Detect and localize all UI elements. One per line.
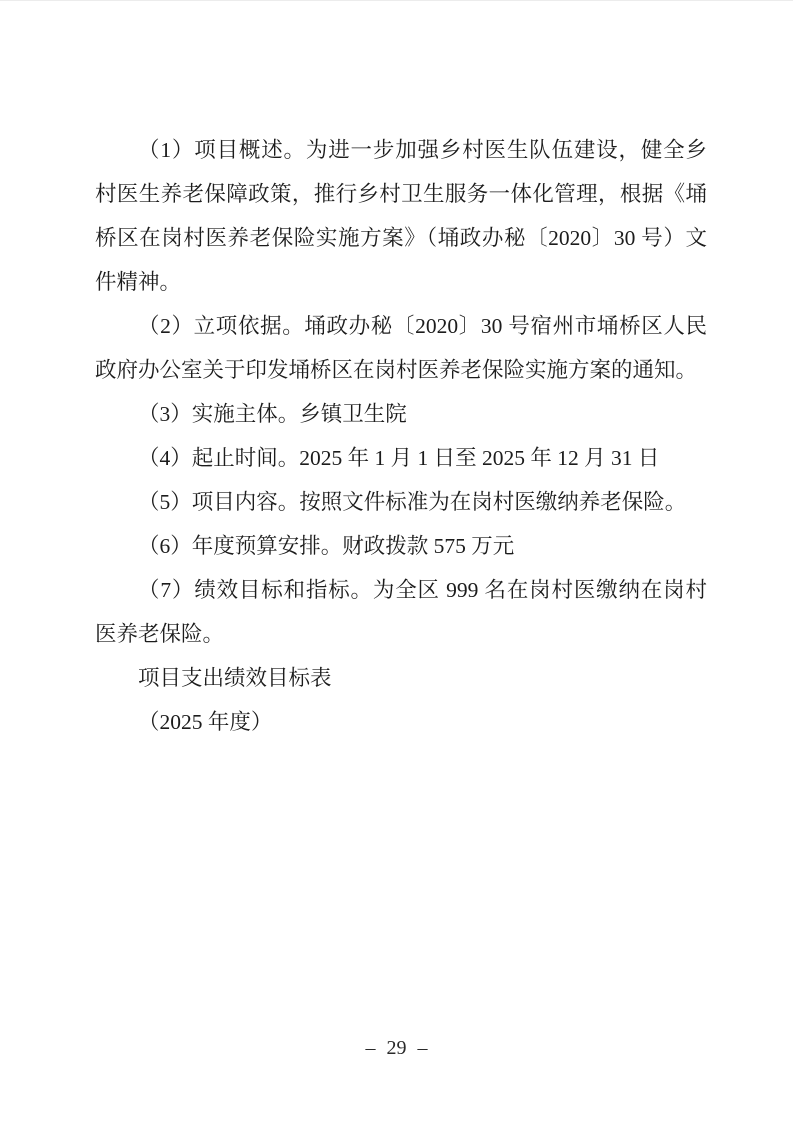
page-number: – 29 – [0, 1034, 793, 1062]
para-1-project-overview: （1）项目概述。为进一步加强乡村医生队伍建设，健全乡村医生养老保障政策，推行乡村… [95, 128, 707, 304]
table-year-line: （2025 年度） [95, 700, 707, 744]
para-4-start-end-time: （4）起止时间。2025 年 1 月 1 日至 2025 年 12 月 31 日 [95, 436, 707, 480]
document-body: （1）项目概述。为进一步加强乡村医生队伍建设，健全乡村医生养老保障政策，推行乡村… [95, 128, 707, 744]
para-3-implementing-entity: （3）实施主体。乡镇卫生院 [95, 392, 707, 436]
para-7-performance-targets: （7）绩效目标和指标。为全区 999 名在岗村医缴纳在岗村医养老保险。 [95, 568, 707, 656]
table-title-line: 项目支出绩效目标表 [95, 656, 707, 700]
para-5-project-content: （5）项目内容。按照文件标准为在岗村医缴纳养老保险。 [95, 480, 707, 524]
document-page: （1）项目概述。为进一步加强乡村医生队伍建设，健全乡村医生养老保障政策，推行乡村… [0, 0, 793, 1122]
para-2-project-basis: （2）立项依据。埇政办秘〔2020〕30 号宿州市埇桥区人民政府办公室关于印发埇… [95, 304, 707, 392]
para-6-annual-budget: （6）年度预算安排。财政拨款 575 万元 [95, 524, 707, 568]
